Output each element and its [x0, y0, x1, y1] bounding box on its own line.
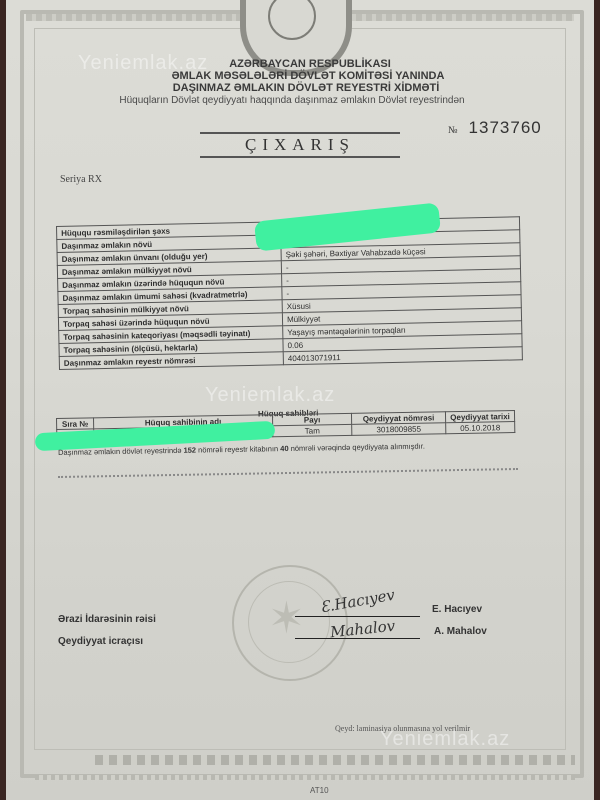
signatory-role-2: Qeydiyyat icraçısı: [58, 636, 143, 647]
document-title: ÇIXARIŞ: [200, 128, 400, 160]
table-cell: 3018009855: [352, 423, 446, 436]
table-cell: Tam: [273, 424, 352, 436]
table-cell: Sıra №: [57, 418, 94, 430]
signatory-name-1: E. Hacıyev: [432, 604, 482, 615]
bottom-guilloche-2: [35, 775, 575, 780]
header-line-3: DAŞINMAZ ƏMLAKIN DÖVLƏT REYESTRİ XİDMƏTİ: [6, 82, 600, 95]
signature-line-1: [295, 616, 420, 617]
signatory-name-2: A. Mahalov: [434, 626, 487, 637]
signature-line-2: [295, 638, 420, 639]
footer-note: Qeyd: laminasiya olunmasına yol verilmir: [335, 724, 470, 733]
paper-serial: AT10: [310, 786, 329, 795]
watermark: Yeniemlak.az: [205, 384, 335, 407]
series-label: Seriya RX: [60, 174, 102, 185]
signatory-role-1: Ərazi İdarəsinin rəisi: [58, 614, 156, 625]
table-cell: 05.10.2018: [446, 421, 515, 433]
header-subtitle: Hüquqların Dövlət qeydiyyatı haqqında da…: [0, 95, 592, 106]
document-number: №1373760: [448, 118, 542, 138]
bottom-guilloche: [95, 755, 575, 765]
